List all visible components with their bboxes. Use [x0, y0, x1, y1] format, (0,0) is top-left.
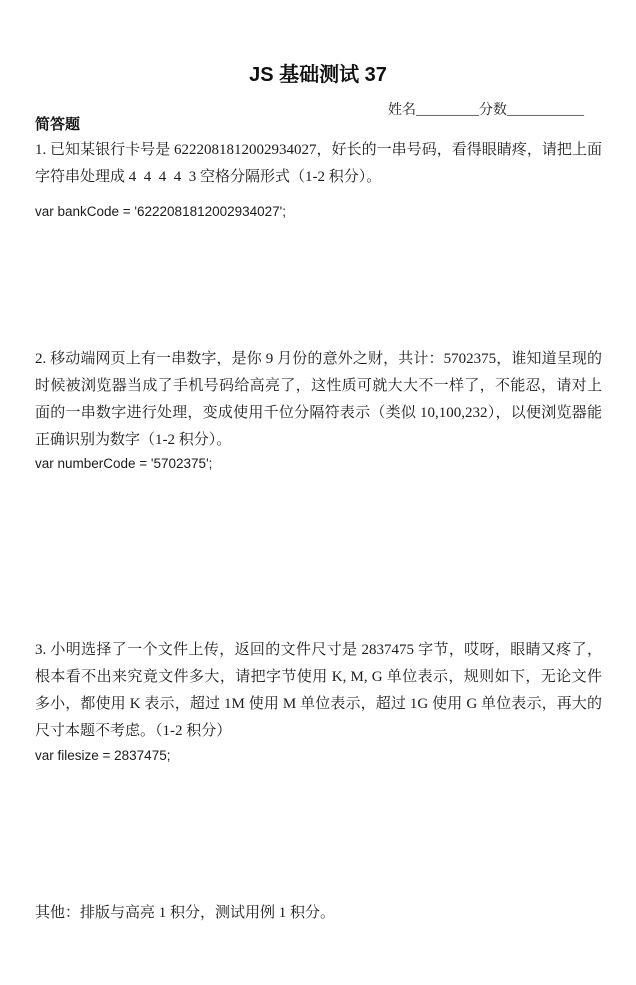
question-2-code: var numberCode = '5702375'; — [35, 454, 602, 473]
section-heading: 简答题 — [35, 114, 80, 136]
score-blank-line: ___________ — [507, 103, 584, 118]
score-label: 分数 — [479, 103, 507, 118]
question-2-text: 2. 移动端网页上有一串数字，是你 9 月份的意外之财，共计：5702375，谁… — [35, 346, 602, 454]
question-1-code: var bankCode = '6222081812002934027'; — [35, 202, 602, 221]
question-3-text: 3. 小明选择了一个文件上传，返回的文件尺寸是 2837475 字节，哎呀，眼睛… — [35, 637, 602, 745]
name-score-line: 姓名_________分数___________ — [388, 101, 584, 121]
page-title: JS 基础测试 37 — [0, 62, 636, 88]
question-3-code: var filesize = 2837475; — [35, 746, 602, 765]
name-label: 姓名 — [388, 103, 416, 118]
document-page: JS 基础测试 37 姓名_________分数___________ 简答题 … — [0, 0, 636, 985]
grading-footer-note: 其他：排版与高亮 1 积分，测试用例 1 积分。 — [35, 902, 602, 924]
question-1-text: 1. 已知某银行卡号是 6222081812002934027，好长的一串号码，… — [35, 137, 602, 191]
name-blank-line: _________ — [416, 103, 479, 118]
